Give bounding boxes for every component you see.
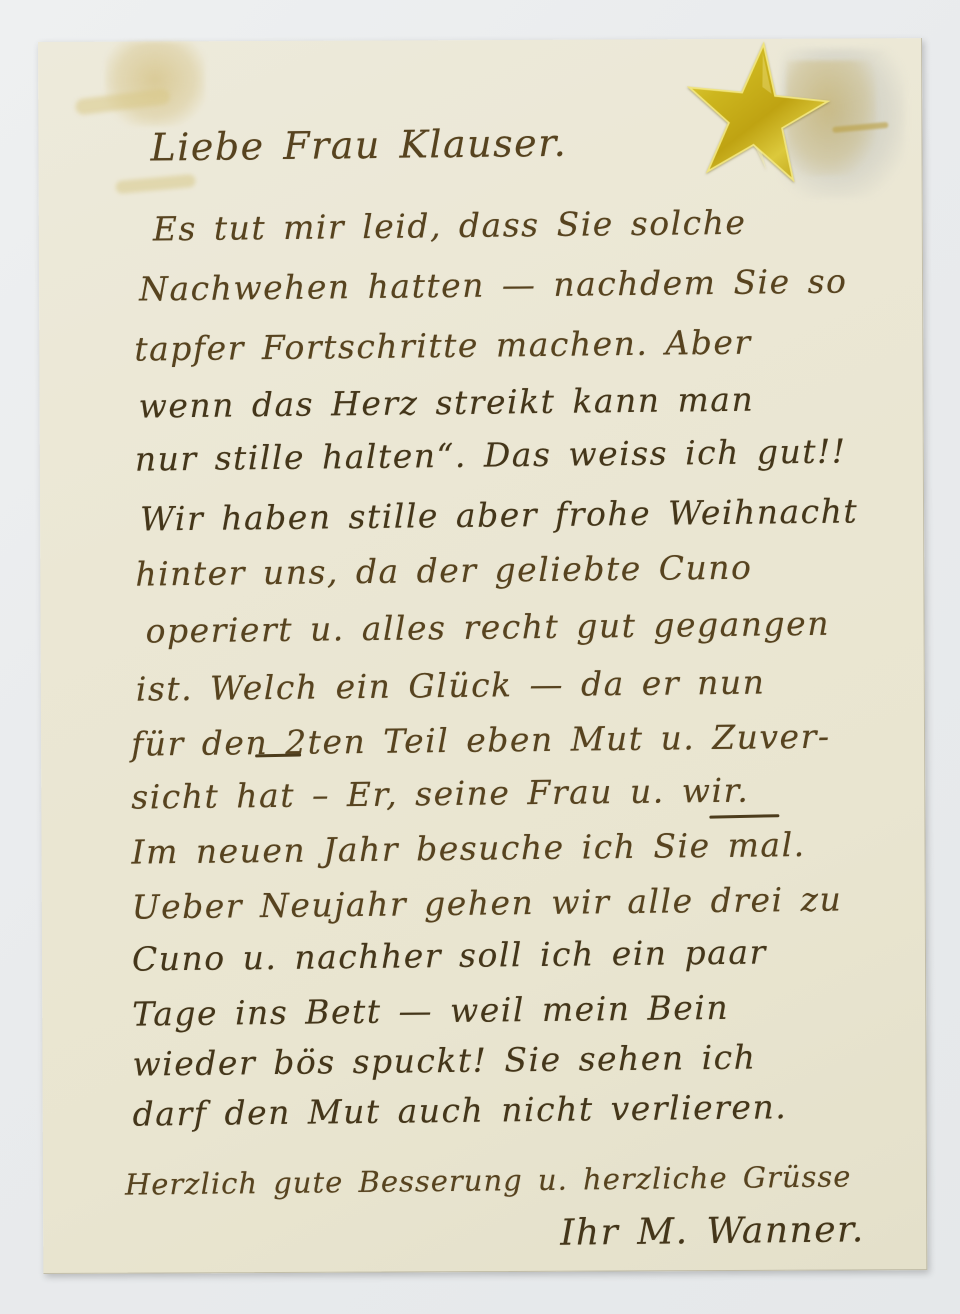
handwritten-line: nur stille halten“. Das weiss ich gut!! [135, 432, 847, 479]
handwritten-line: Cuno u. nachher soll ich ein paar [132, 932, 767, 978]
handwritten-line: für den 2ten Teil eben Mut u. Zuver- [131, 717, 831, 764]
handwritten-line: operiert u. alles recht gut gegangen [145, 604, 830, 651]
handwritten-line: Im neuen Jahr besuche ich Sie mal. [131, 825, 806, 872]
paper-stain [105, 41, 205, 126]
handwritten-line: Es tut mir leid, dass Sie solche [153, 203, 747, 249]
handwritten-line: tapfer Fortschritte machen. Aber [134, 323, 752, 369]
paper-stain-streak [115, 174, 196, 194]
handwritten-line: sicht hat – Er, seine Frau u. wir. [131, 771, 749, 817]
handwritten-line: ist. Welch ein Glück — da er nun [136, 662, 766, 708]
handwritten-line: darf den Mut auch nicht verlieren. [132, 1087, 787, 1133]
handwritten-line: Tage ins Bett — weil mein Bein [132, 988, 729, 1034]
closing-line: Herzlich gute Besserung u. herzliche Grü… [125, 1159, 852, 1201]
gold-streak [832, 122, 888, 133]
salutation-line: Liebe Frau Klauser. [150, 121, 567, 170]
handwritten-line: Nachwehen hatten — nachdem Sie so [139, 262, 848, 309]
signature: Ihr M. Wanner. [560, 1209, 865, 1253]
handwritten-line: hinter uns, da der geliebte Cuno [135, 548, 752, 594]
photo-background: Liebe Frau Klauser. Es tut mir leid, das… [0, 0, 960, 1314]
gold-star-icon [673, 34, 839, 200]
handwritten-line: wieder bös spuckt! Sie sehen ich [132, 1038, 756, 1084]
ink-underline [709, 814, 779, 819]
handwritten-line: wenn das Herz streikt kann man [138, 380, 754, 426]
handwritten-line: Wir haben stille aber frohe Weihnacht [140, 491, 858, 538]
paper-stain-streak [75, 88, 171, 116]
handwritten-line: Ueber Neujahr gehen wir alle drei zu [132, 880, 843, 927]
letter-card: Liebe Frau Klauser. Es tut mir leid, das… [38, 38, 927, 1274]
